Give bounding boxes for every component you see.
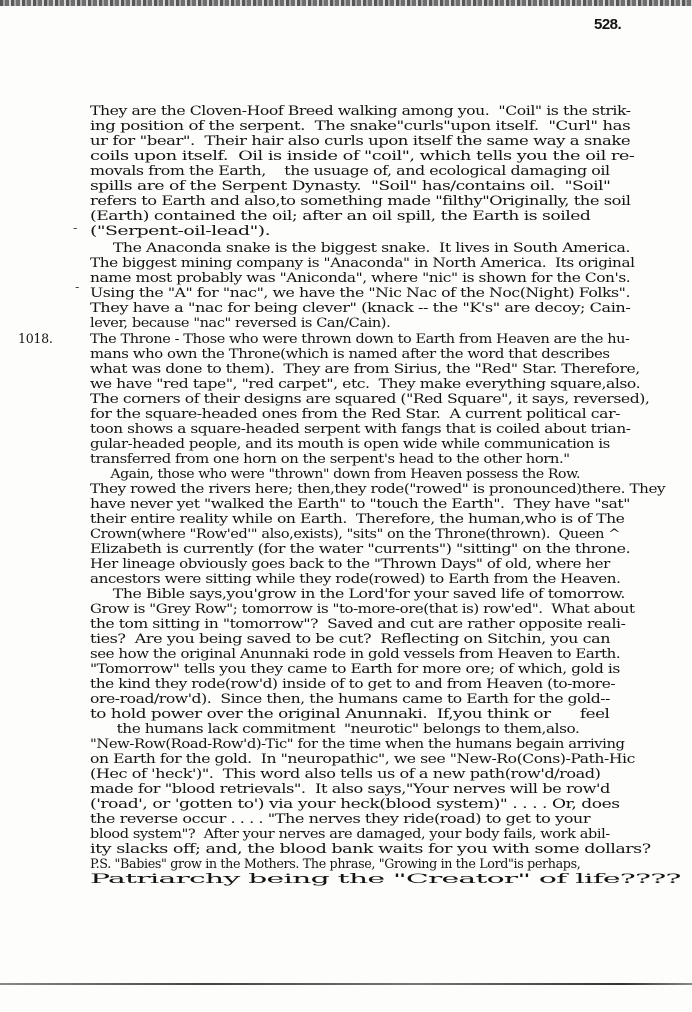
text-line: The biggest mining company is "Anaconda"… — [90, 255, 635, 270]
text-line: P.S. "Babies" grow in the Mothers. The p… — [90, 856, 580, 871]
text-line: the humans lack commitment "neurotic" be… — [90, 721, 579, 736]
text-line: The Anaconda snake is the biggest snake.… — [90, 240, 630, 255]
text-line: lever, because "nac" reversed is Can/Cai… — [90, 315, 390, 330]
text-line: (Hec of 'heck')". This word also tells u… — [90, 766, 600, 781]
text-line: They have a "nac for being clever" (knac… — [90, 300, 630, 315]
text-line: ('road', or 'gotten to') via your heck(b… — [90, 796, 620, 811]
text-line: mans who own the Throne(which is named a… — [90, 346, 610, 361]
text-line: spills are of the Serpent Dynasty. "Soil… — [90, 178, 610, 193]
text-line: Elizabeth is currently (for the water "c… — [90, 541, 630, 556]
text-line: the tom sitting in "tomorrow"? Saved and… — [90, 616, 625, 631]
text-line: refers to Earth and also,to something ma… — [90, 193, 630, 208]
text-line: toon shows a square-headed serpent with … — [90, 421, 630, 436]
text-line: ing position of the serpent. The snake"c… — [90, 118, 630, 133]
text-line: what was done to them). They are from Si… — [90, 361, 640, 376]
text-line: Grow is "Grey Row"; tomorrow is "to-more… — [90, 601, 635, 616]
text-line: ity slacks off; and, the blood bank wait… — [90, 841, 651, 856]
text-line: the kind they rode(row'd) inside of to g… — [90, 676, 615, 691]
text-line: They are the Cloven-Hoof Breed walking a… — [90, 103, 631, 118]
entry-number: 1018. — [18, 331, 53, 346]
text-line: ancestors were sitting while they rode(r… — [90, 571, 620, 586]
text-line: blood system"? After your nerves are dam… — [90, 826, 610, 841]
text-line: for the square-headed ones from the Red … — [90, 406, 620, 421]
text-line: coils upon itself. Oil is inside of "coi… — [90, 148, 634, 163]
text-line: "Tomorrow" tells you they came to Earth … — [90, 661, 620, 676]
text-line: transferred from one horn on the serpent… — [90, 451, 570, 466]
margin-mark: - — [75, 280, 79, 295]
text-line: The Bible says,you'grow in the Lord'for … — [90, 586, 625, 601]
text-line: to hold power over the original Anunnaki… — [90, 706, 609, 721]
text-line: The corners of their designs are squared… — [90, 391, 649, 406]
text-line: ("Serpent-oil-lead"). — [90, 223, 270, 238]
text-line: ties? Are you being saved to be cut? Ref… — [90, 631, 610, 646]
scan-edge-noise — [0, 0, 692, 6]
text-line: ur for "bear". Their hair also curls upo… — [90, 133, 630, 148]
text-line: see how the original Anunnaki rode in go… — [90, 646, 620, 661]
text-line: name most probably was "Aniconda", where… — [90, 270, 630, 285]
text-line: made for "blood retrievals". It also say… — [90, 781, 610, 796]
text-line: Again, those who were "thrown" down from… — [90, 466, 580, 481]
text-line: Her lineage obviously goes back to the "… — [90, 556, 610, 571]
text-line: gular-headed people, and its mouth is op… — [90, 436, 610, 451]
page-number: 528. — [594, 16, 621, 33]
text-line: Patriarchy being the "Creator" of life??… — [90, 871, 681, 886]
scan-bottom-edge — [0, 983, 692, 985]
text-line: (Earth) contained the oil; after an oil … — [90, 208, 590, 223]
text-line: on Earth for the gold. In "neuropathic",… — [90, 751, 635, 766]
text-line: Crown(where "Row'ed'" also,exists), "sit… — [90, 526, 620, 541]
text-line: movals from the Earth, the usuage of, an… — [90, 163, 610, 178]
text-line: "New-Row(Road-Row'd)-Tic" for the time w… — [90, 736, 625, 751]
margin-mark: - — [73, 221, 77, 236]
text-line: ore-road/row'd). Since then, the humans … — [90, 691, 610, 706]
text-line: Using the "A" for "nac", we have the "Ni… — [90, 285, 630, 300]
text-line: They rowed the rivers here; then,they ro… — [90, 481, 665, 496]
text-line: the reverse occur . . . . "The nerves th… — [90, 811, 590, 826]
text-line: have never yet "walked the Earth" to "to… — [90, 496, 630, 511]
text-line: The Throne - Those who were thrown down … — [90, 331, 630, 346]
text-line: we have "red tape", "red carpet", etc. T… — [90, 376, 640, 391]
text-line: their entire reality while on Earth. The… — [90, 511, 624, 526]
